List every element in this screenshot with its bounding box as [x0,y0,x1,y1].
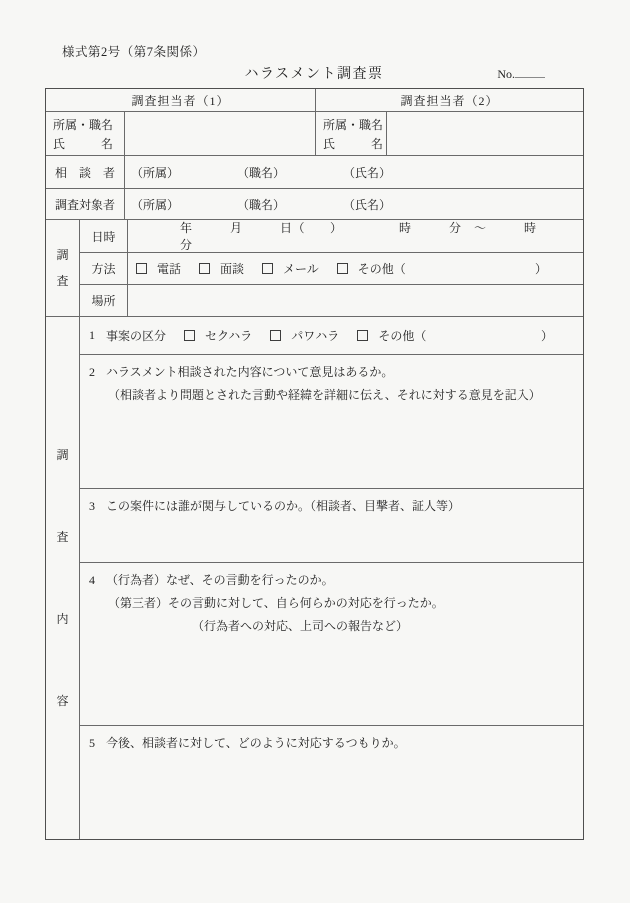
method-row: 方法 電話 面談 メール その他（ ） [79,252,583,284]
item-line: 3この案件には誰が関与しているのか。（相談者、目撃者、証人等） [89,495,583,518]
vertical-char: 調 [56,248,68,262]
name-field-label: （氏名） [343,196,449,213]
item-number: 2 [89,361,95,384]
category-option-sexual-harassment: セクハラ [184,327,252,344]
affiliation-field-label: （所属） [131,164,237,181]
method-option-phone: 電話 [136,260,181,277]
form-reference: 様式第2号（第7条関係） [62,42,206,60]
affil-label-line1: 所属・職名 [323,116,386,135]
consultant-fields: （所属） （職名） （氏名） [124,156,583,188]
category-option-other: その他（ [357,327,426,344]
subject-label: 調査対象者 [46,189,124,219]
checkbox-category-other-icon[interactable] [357,330,368,341]
item-future-response: 5今後、相談者に対して、どのように対応するつもりか。 [80,725,583,839]
checkbox-sexual-harassment-icon[interactable] [184,330,195,341]
vertical-char: 容 [56,695,68,707]
place-label: 場所 [80,285,127,316]
position-field-label: （職名） [237,164,343,181]
method-option-interview: 面談 [199,260,244,277]
survey-section-vertical-label: 調 査 [46,220,79,316]
category-option-label: セクハラ [205,327,252,344]
datetime-value: 年 月 日（ ） 時 分 ～ 時 分 [127,220,583,252]
item-text: 今後、相談者に対して、どのように対応するつもりか。 [106,736,406,750]
item-number: 3 [89,495,95,518]
category-option-label: パワハラ [291,327,339,344]
vertical-char: 内 [56,613,68,625]
item-line: （行為者への対応、上司への報告など） [89,615,583,638]
survey-content-vertical-label: 調 査 内 容 [46,317,79,839]
method-options: 電話 面談 メール その他（ ） [127,253,583,284]
item-line: （第三者）その言動に対して、自ら何らかの対応を行ったか。 [89,592,583,615]
investigator-1-header: 調査担当者（1） [46,89,315,111]
investigator-1-affil-label: 所属・職名 氏 名 [46,112,124,155]
place-row: 場所 [79,284,583,316]
checkbox-phone-icon[interactable] [136,263,147,274]
item-title: 事案の区分 [106,327,166,344]
category-close-paren: ） [541,327,553,344]
checkbox-other-icon[interactable] [337,263,348,274]
position-field-label: （職名） [237,196,343,213]
investigator-2-header: 調査担当者（2） [315,89,583,111]
checkbox-email-icon[interactable] [262,263,273,274]
survey-content-section: 調 査 内 容 1 事案の区分 セクハラ パワハラ その他（ ） 2ハラスメント… [46,316,583,839]
method-option-other: その他（ [337,260,406,277]
item-line: 2ハラスメント相談された内容について意見はあるか。 [89,361,583,384]
survey-meta-rows: 日時 年 月 日（ ） 時 分 ～ 時 分 方法 電話 面談 メール その他（ … [79,220,583,316]
method-option-label: メール [283,260,319,277]
method-option-label: 面談 [220,260,244,277]
subject-fields: （所属） （職名） （氏名） [124,189,583,219]
name-label-line2: 氏 名 [53,135,124,154]
checkbox-interview-icon[interactable] [199,263,210,274]
affiliation-field-label: （所属） [131,196,237,213]
investigator-1-affil-value [124,112,315,155]
item-case-category: 1 事案の区分 セクハラ パワハラ その他（ ） [80,317,583,354]
item-number: 4 [89,569,95,592]
affil-label-line1: 所属・職名 [53,116,124,135]
place-value [127,285,583,316]
subject-row: 調査対象者 （所属） （職名） （氏名） [46,188,583,219]
investigator-2-affil-value [386,112,583,155]
item-number: 5 [89,732,95,755]
item-line: （相談者より問題とされた言動や経緯を詳細に伝え、それに対する意見を記入） [89,384,583,407]
method-close-paren: ） [535,260,547,277]
method-option-label: 電話 [157,260,181,277]
item-number: 1 [89,328,95,343]
category-option-label: その他（ [378,327,426,344]
document-page: 様式第2号（第7条関係） ハラスメント調査票 No. 調査担当者（1） 調査担当… [0,0,630,903]
checkbox-power-harassment-icon[interactable] [270,330,281,341]
affiliation-name-row: 所属・職名 氏 名 所属・職名 氏 名 [46,111,583,155]
datetime-row: 日時 年 月 日（ ） 時 分 ～ 時 分 [79,220,583,252]
method-option-label: その他（ [358,260,406,277]
no-label: No. [497,67,515,81]
name-field-label: （氏名） [343,164,449,181]
content-items: 1 事案の区分 セクハラ パワハラ その他（ ） 2ハラスメント相談された内容に… [79,317,583,839]
title-bar: ハラスメント調査票 No. [45,63,583,83]
vertical-char: 調 [56,449,68,461]
no-blank-field [515,66,545,78]
consultant-row: 相 談 者 （所属） （職名） （氏名） [46,155,583,188]
category-option-power-harassment: パワハラ [270,327,339,344]
method-label: 方法 [80,253,127,284]
consultant-label: 相 談 者 [46,156,124,188]
investigation-form-table: 調査担当者（1） 調査担当者（2） 所属・職名 氏 名 所属・職名 氏 名 相 … [45,88,584,840]
investigator-header-row: 調査担当者（1） 調査担当者（2） [46,89,583,111]
item-opinion-on-content: 2ハラスメント相談された内容について意見はあるか。 （相談者より問題とされた言動… [80,354,583,488]
item-line: 4（行為者）なぜ、その言動を行ったのか。 [89,569,583,592]
name-label-line2: 氏 名 [323,135,386,154]
item-why-behavior: 4（行為者）なぜ、その言動を行ったのか。 （第三者）その言動に対して、自ら何らか… [80,562,583,726]
datetime-label: 日時 [80,220,127,252]
vertical-char: 査 [56,531,68,543]
item-text: （行為者）なぜ、その言動を行ったのか。 [106,573,334,587]
item-text: この案件には誰が関与しているのか。（相談者、目撃者、証人等） [106,499,460,513]
vertical-char: 査 [56,274,68,288]
item-line: 5今後、相談者に対して、どのように対応するつもりか。 [89,732,583,755]
survey-meta-section: 調 査 日時 年 月 日（ ） 時 分 ～ 時 分 方法 電話 面談 メール そ… [46,219,583,316]
item-text: ハラスメント相談された内容について意見はあるか。 [106,365,393,379]
investigator-2-affil-label: 所属・職名 氏 名 [315,112,386,155]
document-number: No. [497,66,545,82]
item-who-involved: 3この案件には誰が関与しているのか。（相談者、目撃者、証人等） [80,488,583,562]
method-option-email: メール [262,260,319,277]
